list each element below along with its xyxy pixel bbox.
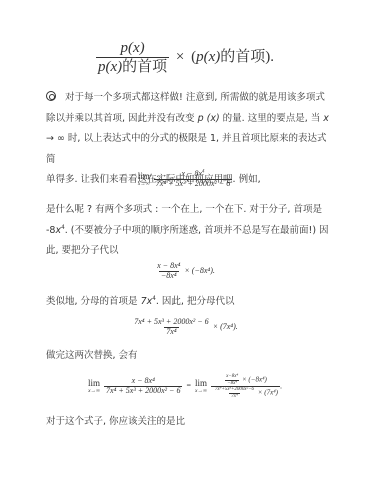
equation-1: limx→∞ x − 8x4 7x⁴ + 5x³ + 2000x² − 6 <box>0 170 370 189</box>
limit-operator: limx→∞ <box>138 172 150 187</box>
fraction-p-over-leading: p(x) p(x)的首项 <box>96 40 169 75</box>
paragraph-5: 对于这个式子, 你应该关注的是比 <box>46 412 331 433</box>
formula-top: p(x) p(x)的首项 × (p(x)的首项). <box>0 40 370 75</box>
fraction-denominator: p(x)的首项 <box>96 57 169 76</box>
equation-4: limx→∞ x − 8x⁴ 7x⁴ + 5x³ + 2000x² − 6 = … <box>0 374 370 399</box>
equation-2: x − 8x⁴ −8x⁴ × (−8x⁴). <box>0 262 370 281</box>
equation-3: 7x⁴ + 5x³ + 2000x² − 6 7x⁴ × (7x⁴). <box>0 318 370 337</box>
paragraph-3: 类似地, 分母的首项是 7x4. 因此, 把分母代以 <box>46 292 331 313</box>
fraction-numerator: p(x) <box>118 40 146 57</box>
circle-dot-icon <box>46 91 56 101</box>
paragraph-2: 是什么呢 ? 有两个多项式 : 一个在上, 一个在下. 对于分子, 首项是 -8… <box>46 200 331 262</box>
paragraph-4: 做完这两次替换, 会有 <box>46 346 331 367</box>
times-sign: × <box>176 49 184 65</box>
